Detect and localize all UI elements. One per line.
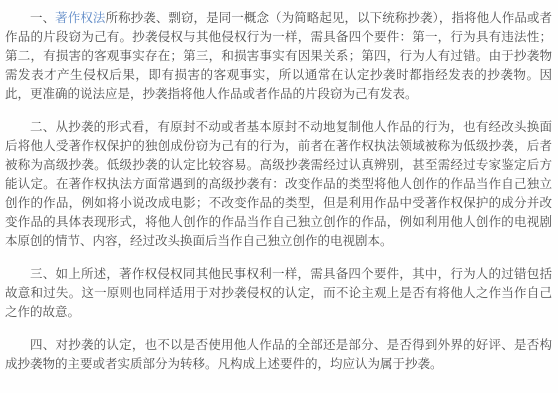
article-body: 一、著作权法所称抄袭、剽窃，是同一概念（为简略起见，以下统称抄袭），指将他人作品…: [0, 0, 558, 373]
paragraph-2: 二、从抄袭的形式看，有原封不动或者基本原封不动地复制他人作品的行为，也有经改头换…: [5, 117, 552, 250]
paragraph-1: 一、著作权法所称抄袭、剽窃，是同一概念（为简略起见，以下统称抄袭），指将他人作品…: [5, 8, 552, 103]
paragraph-4: 四、对抄袭的认定，也不以是否使用他人作品的全部还是部分、是否得到外界的好评、是否…: [5, 335, 552, 373]
paragraph-3: 三、如上所述，著作权侵权同其他民事权利一样，需具备四个要件，其中，行为人的过错包…: [5, 264, 552, 321]
copyright-law-link[interactable]: 著作权法: [55, 10, 105, 25]
paragraph-1-prefix: 一、: [30, 10, 55, 25]
